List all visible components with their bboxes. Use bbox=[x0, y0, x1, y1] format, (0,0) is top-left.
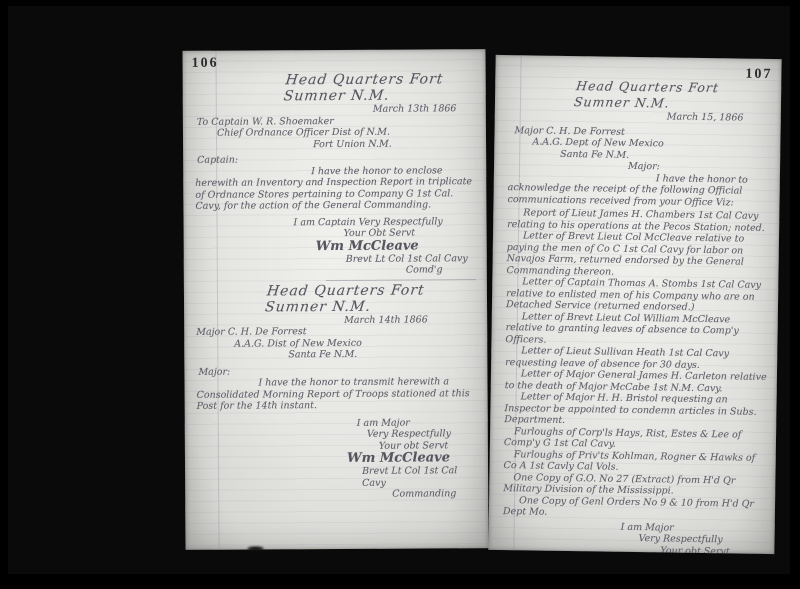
closing-line: Comd'g bbox=[406, 264, 479, 276]
letter-1: Head Quarters Fort Sumner N.M. March 13t… bbox=[195, 71, 479, 277]
letter-body: I have the honor to transmit herewith a … bbox=[196, 376, 475, 412]
letter-date: March 13th 1866 bbox=[373, 103, 478, 115]
address-line: Santa Fe N.M. bbox=[288, 348, 479, 361]
list-item: Letter of Captain Thomas A. Stombs 1st C… bbox=[506, 276, 768, 314]
letter-opening: I have the honor to acknowledge the rece… bbox=[507, 171, 769, 209]
letter-3: Head Quarters Fort Sumner N.M. March 15,… bbox=[502, 77, 772, 554]
letter-divider bbox=[326, 279, 476, 281]
letter-heading: Head Quarters Fort Sumner N.M. bbox=[283, 71, 480, 104]
letter-date: March 15, 1866 bbox=[667, 111, 771, 124]
list-item: One Copy of G.O. No 27 (Extract) from H'… bbox=[503, 472, 765, 499]
letter-2: Head Quarters Fort Sumner N.M. March 14t… bbox=[196, 282, 480, 502]
closing-line: Brevt Lt Col 1st Cal Cavy bbox=[362, 465, 480, 489]
scanned-page-right: 107 Head Quarters Fort Sumner N.M. March… bbox=[488, 55, 781, 554]
signature: Wm McCleave bbox=[347, 451, 480, 466]
list-item: Letter of Major H. H. Bristol requesting… bbox=[504, 391, 766, 429]
address-line: Fort Union N.M. bbox=[313, 138, 478, 151]
closing-line: Very Respectfully bbox=[638, 533, 764, 546]
closing-line: Very Respectfully bbox=[367, 428, 480, 440]
letter-body: I have the honor to enclose herewith an … bbox=[195, 165, 476, 213]
closing-line: Brevt Lt Col 1st Cal Cavy bbox=[346, 253, 479, 265]
list-item: Letter of Brevt Lieut Col McCleave relat… bbox=[506, 230, 769, 280]
list-item: One Copy of Genl Orders No 9 & 10 from H… bbox=[503, 495, 765, 522]
signature: Wm McCleave bbox=[316, 239, 479, 254]
closing-line: I am Major bbox=[357, 417, 480, 429]
list-item: Furloughs of Corp'ls Hays, Rist, Estes &… bbox=[504, 426, 766, 453]
scanned-page-left: 106 Head Quarters Fort Sumner N.M. March… bbox=[182, 49, 488, 550]
letter-date: March 14th 1866 bbox=[344, 314, 479, 326]
microfilm-scan: 106 Head Quarters Fort Sumner N.M. March… bbox=[0, 0, 800, 589]
letter-heading: Head Quarters Fort Sumner N.M. bbox=[573, 78, 773, 113]
list-item: Furloughs of Priv'ts Kohlman, Rogner & H… bbox=[504, 449, 766, 476]
list-item: Letter of Brevt Lieut Col William McClea… bbox=[505, 311, 767, 349]
letter-heading: Head Quarters Fort Sumner N.M. bbox=[264, 282, 481, 315]
closing-line: Commanding bbox=[392, 488, 480, 500]
